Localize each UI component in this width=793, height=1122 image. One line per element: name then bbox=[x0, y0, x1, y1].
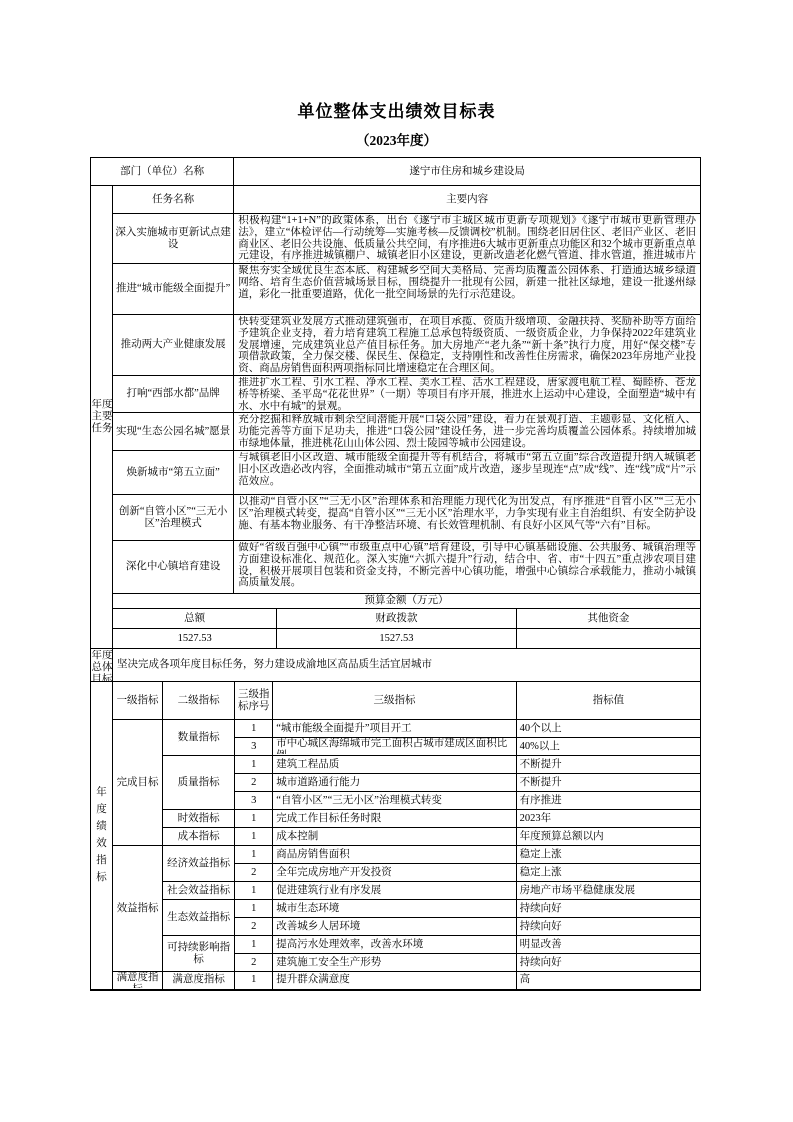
indicator-name: 完成工作目标任务时限 bbox=[273, 810, 516, 828]
indicator-seq: 2 bbox=[235, 774, 273, 792]
indicator-header-l1: 一级指标 bbox=[113, 682, 163, 720]
indicator-value: 持续向好 bbox=[516, 900, 700, 918]
task-content: 快转变建筑业发展方式推动建筑强市，在项目承揽、资质升级增项、金融扶持、奖励补助等… bbox=[234, 315, 701, 376]
task-name: 创新“自管小区”“三无小区”治理模式 bbox=[113, 495, 234, 541]
indicator-seq: 2 bbox=[235, 954, 273, 972]
indicator-value: 40个以上 bbox=[516, 720, 700, 738]
indicator-value: 房地产市场平稳健康发展 bbox=[516, 882, 700, 900]
indicator-name: 改善城乡人居环境 bbox=[273, 918, 516, 936]
task-name: 深化中心镇培育建设 bbox=[113, 541, 234, 594]
task-name: 深入实施城市更新试点建设 bbox=[113, 214, 234, 264]
l2-group: 经济效益指标 bbox=[163, 846, 235, 882]
task-content: 推进扩水工程、引水工程、净水工程、美水工程、活水工程建设，唐家渡电航工程、蜀睦桥… bbox=[234, 376, 701, 413]
indicator-header-seq: 三级指标序号 bbox=[235, 682, 273, 720]
budget-title: 预算金额（万元） bbox=[113, 594, 701, 609]
task-row: 打响“西部水都”品牌 推进扩水工程、引水工程、净水工程、美水工程、活水工程建设，… bbox=[91, 376, 701, 413]
budget-other-value bbox=[516, 629, 700, 649]
task-row: 推进“城市能级全面提升” 聚焦夯实全域优良生态本底、构建城乡空间大美格局、完善均… bbox=[91, 264, 701, 315]
indicator-value: 明显改善 bbox=[516, 936, 700, 954]
performance-target-table: 部门（单位）名称 遂宁市住房和城乡建设局 年度主要任务 任务名称 主要内容 深入… bbox=[90, 157, 701, 991]
indicator-value: 稳定上涨 bbox=[516, 864, 700, 882]
indicator-row: 完成目标 数量指标 1 “城市能级全面提升”项目开工 40个以上 bbox=[91, 720, 701, 738]
annual-goal-content: 坚决完成各项年度目标任务，努力建设成渝地区高品质生活宜居城市 bbox=[113, 649, 701, 682]
indicator-seq: 1 bbox=[235, 846, 273, 864]
task-name: 推进“城市能级全面提升” bbox=[113, 264, 234, 315]
indicator-seq: 1 bbox=[235, 756, 273, 774]
indicator-seq: 1 bbox=[235, 936, 273, 954]
l2-group: 满意度指标 bbox=[163, 972, 235, 990]
indicator-name: 促进建筑行业有序发展 bbox=[273, 882, 516, 900]
indicator-name: 建筑工程品质 bbox=[273, 756, 516, 774]
task-name-header: 任务名称 bbox=[113, 186, 234, 214]
indicator-seq: 2 bbox=[235, 918, 273, 936]
l2-group: 时效指标 bbox=[163, 810, 235, 828]
indicator-value: 年度预算总额以内 bbox=[516, 828, 700, 846]
task-content: 聚焦夯实全域优良生态本底、构建城乡空间大美格局、完善均质覆盖公园体系、打造通达城… bbox=[234, 264, 701, 315]
indicators-table: 年度绩效指标 一级指标 二级指标 三级指标序号 三级指标 指标值 完成目标 数量… bbox=[90, 681, 701, 991]
task-row: 推动两大产业健康发展 快转变建筑业发展方式推动建筑强市，在项目承揽、资质升级增项… bbox=[91, 315, 701, 376]
indicator-value: 40%以上 bbox=[516, 738, 700, 756]
indicator-value: 持续向好 bbox=[516, 954, 700, 972]
l2-group: 社会效益指标 bbox=[163, 882, 235, 900]
indicator-seq: 3 bbox=[235, 792, 273, 810]
task-content: 以推动“自管小区”“三无小区”治理体系和治理能力现代化为出发点，有序推进“自管小… bbox=[234, 495, 701, 541]
l1-group: 效益指标 bbox=[113, 846, 163, 972]
l2-group: 质量指标 bbox=[163, 756, 235, 810]
indicator-row: 可持续影响指标 1 提高污水处理效率，改善水环境 明显改善 bbox=[91, 936, 701, 954]
budget-fiscal-value: 1527.53 bbox=[277, 629, 516, 649]
dept-value: 遂宁市住房和城乡建设局 bbox=[234, 158, 701, 186]
indicator-seq: 1 bbox=[235, 900, 273, 918]
main-content-header: 主要内容 bbox=[234, 186, 701, 214]
indicator-name: 市中心城区海绵城市完工面积占城市建成区面积比例 bbox=[273, 738, 516, 756]
tasks-budget-table: 部门（单位）名称 遂宁市住房和城乡建设局 年度主要任务 任务名称 主要内容 深入… bbox=[90, 157, 701, 682]
annual-goal-rail: 年度总体目标 bbox=[91, 649, 113, 682]
task-row: 实现“生态公园名城”愿景 充分挖掘和释放城市剩余空间潜能开展“口袋公园”建设，着… bbox=[91, 413, 701, 451]
indicator-row: 效益指标 经济效益指标 1 商品房销售面积 稳定上涨 bbox=[91, 846, 701, 864]
l1-group: 完成目标 bbox=[113, 720, 163, 846]
indicator-name: 城市道路通行能力 bbox=[273, 774, 516, 792]
l2-group: 成本指标 bbox=[163, 828, 235, 846]
budget-total-value: 1527.53 bbox=[113, 629, 277, 649]
task-name: 焕新城市“第五立面” bbox=[113, 451, 234, 495]
budget-col-other: 其他资金 bbox=[516, 609, 700, 629]
budget-col-total: 总额 bbox=[113, 609, 277, 629]
task-name: 推动两大产业健康发展 bbox=[113, 315, 234, 376]
indicator-row: 成本指标 1 成本控制 年度预算总额以内 bbox=[91, 828, 701, 846]
task-content: 充分挖掘和释放城市剩余空间潜能开展“口袋公园”建设，着力在景观打造、主题彰显、文… bbox=[234, 413, 701, 451]
l2-group: 数量指标 bbox=[163, 720, 235, 756]
indicator-name: 成本控制 bbox=[273, 828, 516, 846]
annual-main-tasks-rail: 年度主要任务 bbox=[91, 186, 113, 649]
indicator-value: 稳定上涨 bbox=[516, 846, 700, 864]
task-content: 做好“省级百强中心镇”“市级重点中心镇”培育建设，引导中心镇基础设施、公共服务、… bbox=[234, 541, 701, 594]
indicator-name: 提升群众满意度 bbox=[273, 972, 516, 990]
indicator-name: “城市能级全面提升”项目开工 bbox=[273, 720, 516, 738]
indicator-name: 全年完成房地产开发投资 bbox=[273, 864, 516, 882]
task-content: 与城镇老旧小区改造、城市能级全面提升等有机结合，将城市“第五立面”综合改造提升纳… bbox=[234, 451, 701, 495]
l1-group: 满意度指标 bbox=[113, 972, 163, 990]
annual-performance-rail: 年度绩效指标 bbox=[91, 682, 113, 990]
indicator-header-l3: 三级指标 bbox=[273, 682, 516, 720]
indicator-header-l2: 二级指标 bbox=[163, 682, 235, 720]
indicator-header-value: 指标值 bbox=[516, 682, 700, 720]
dept-label: 部门（单位）名称 bbox=[91, 158, 234, 186]
indicator-row: 社会效益指标 1 促进建筑行业有序发展 房地产市场平稳健康发展 bbox=[91, 882, 701, 900]
indicator-seq: 1 bbox=[235, 828, 273, 846]
l2-group: 生态效益指标 bbox=[163, 900, 235, 936]
page-subtitle: （2023年度） bbox=[0, 129, 793, 149]
indicator-value: 不断提升 bbox=[516, 756, 700, 774]
indicator-seq: 1 bbox=[235, 882, 273, 900]
task-row: 深入实施城市更新试点建设 积极构建“1+1+N”的政策体系，出台《遂宁市主城区城… bbox=[91, 214, 701, 264]
task-row: 焕新城市“第五立面” 与城镇老旧小区改造、城市能级全面提升等有机结合，将城市“第… bbox=[91, 451, 701, 495]
indicator-value: 不断提升 bbox=[516, 774, 700, 792]
budget-col-fiscal: 财政拨款 bbox=[277, 609, 516, 629]
task-name: 实现“生态公园名城”愿景 bbox=[113, 413, 234, 451]
indicator-seq: 1 bbox=[235, 972, 273, 990]
l2-group: 可持续影响指标 bbox=[163, 936, 235, 972]
task-content: 积极构建“1+1+N”的政策体系，出台《遂宁市主城区城市更新专项规划》《遂宁市城… bbox=[234, 214, 701, 264]
document-page: 单位整体支出绩效目标表 （2023年度） 部门（单位）名称 遂宁市住房和城乡建设… bbox=[0, 0, 793, 1122]
indicator-seq: 2 bbox=[235, 864, 273, 882]
indicator-seq: 1 bbox=[235, 810, 273, 828]
indicator-name: 城市生态环境 bbox=[273, 900, 516, 918]
page-title: 单位整体支出绩效目标表 bbox=[0, 97, 793, 122]
task-row: 深化中心镇培育建设 做好“省级百强中心镇”“市级重点中心镇”培育建设，引导中心镇… bbox=[91, 541, 701, 594]
indicator-seq: 1 bbox=[235, 720, 273, 738]
indicator-value: 有序推进 bbox=[516, 792, 700, 810]
indicator-name: 建筑施工安全生产形势 bbox=[273, 954, 516, 972]
indicator-value: 2023年 bbox=[516, 810, 700, 828]
indicator-row: 质量指标 1 建筑工程品质 不断提升 bbox=[91, 756, 701, 774]
indicator-seq: 3 bbox=[235, 738, 273, 756]
indicator-row: 满意度指标 满意度指标 1 提升群众满意度 高 bbox=[91, 972, 701, 990]
indicator-value: 高 bbox=[516, 972, 700, 990]
task-name: 打响“西部水都”品牌 bbox=[113, 376, 234, 413]
indicator-row: 时效指标 1 完成工作目标任务时限 2023年 bbox=[91, 810, 701, 828]
indicator-name: “自管小区”“三无小区”治理模式转变 bbox=[273, 792, 516, 810]
indicator-name: 提高污水处理效率，改善水环境 bbox=[273, 936, 516, 954]
indicator-row: 生态效益指标 1 城市生态环境 持续向好 bbox=[91, 900, 701, 918]
indicator-value: 持续向好 bbox=[516, 918, 700, 936]
task-row: 创新“自管小区”“三无小区”治理模式 以推动“自管小区”“三无小区”治理体系和治… bbox=[91, 495, 701, 541]
indicator-name: 商品房销售面积 bbox=[273, 846, 516, 864]
